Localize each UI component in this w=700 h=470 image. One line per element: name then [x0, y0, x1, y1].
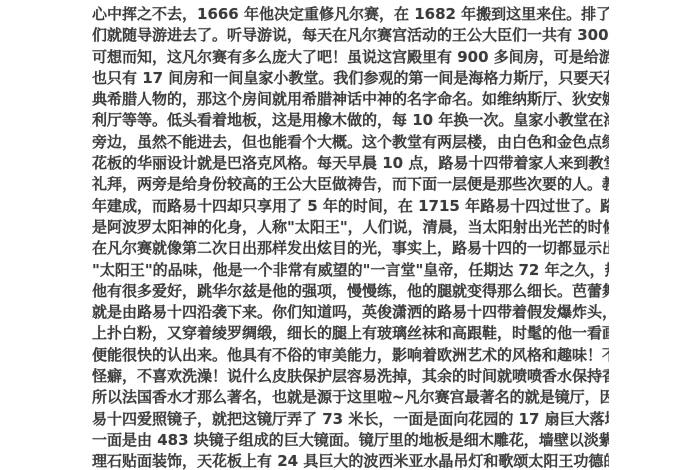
text-line: 便能很快的认出来。他具有不俗的审美能力，影响着欧洲艺术的风格和趣味！不过他有个 [92, 345, 609, 366]
text-line: 易十四爱照镜子，就把这镜厅弄了 73 米长，一面是面向花园的 17 扇巨大落地玻… [92, 409, 609, 430]
text-line: 利厅等等。低头看着地板，这是用橡木做的，每 10 年换一次。皇家小教堂在海格力斯… [92, 110, 609, 131]
text-line: "太阳王"的品味，他是一个非常有威望的"一言堂"皇帝，任期达 72 年之久，热爱… [92, 260, 609, 281]
text-line: 礼拜，两旁是给身份较高的王公大臣做祷告，而下面一层便是那些次要的人。教堂在 17… [92, 174, 609, 195]
text-line: 们就随导游进去了。听导游说，每天在凡尔赛宫活动的王公大臣们一共有 3000~10… [92, 25, 609, 46]
text-line: 典希腊人物的，那这个房间就用希腊神话中神的名字命名。如维纳斯厅、狄安娜厅、墨丘 [92, 89, 609, 110]
text-line: 可想而知，这凡尔赛有多么庞大了吧！虽说这宫殿里有 900 多间房，可是给游人们参… [92, 47, 609, 68]
text-line: 是阿波罗太阳神的化身，人称"太阳王"，人们说，清晨，当太阳射出光芒的时候，太阳王 [92, 217, 609, 238]
text-line: 心中挥之不去，1666 年他决定重修凡尔赛，在 1682 年搬到这里来住。排了一… [92, 4, 609, 25]
text-line: 怪癖，不喜欢洗澡！说什么皮肤保护层容易洗掉，其余的时间就喷喷香水保持香味儿就行， [92, 366, 609, 387]
text-line: 花板的华丽设计就是巴洛克风格。每天早晨 10 点，路易十四带着家人来到教堂的正前… [92, 153, 609, 174]
text-line: 在凡尔赛就像第二次日出那样发出炫目的光，事实上，路易十四的一切都显示出了无愧于 [92, 238, 609, 259]
text-line: 上扑白粉，又穿着绫罗绸缎，细长的腿上有玻璃丝袜和高跟鞋，时髦的他一看画像和雕塑 [92, 323, 609, 344]
document-page: 心中挥之不去，1666 年他决定重修凡尔赛，在 1682 年搬到这里来住。排了一… [0, 0, 700, 470]
text-line: 一面是由 483 块镜子组成的巨大镜面。镜厅里的地板是细木雕花，墙壁以淡紫色和白… [92, 430, 609, 451]
text-block: 心中挥之不去，1666 年他决定重修凡尔赛，在 1682 年搬到这里来住。排了一… [92, 4, 609, 470]
text-line: 理石贴面装饰，天花板上有 24 具巨大的波西米亚水晶吊灯和歌颂太阳王功德的油画。… [92, 451, 609, 470]
text-line: 他有很多爱好，跳华尔兹是他的强项，慢慢练，他的腿就变得那么细长。芭蕾舞的规那么 [92, 281, 609, 302]
text-line: 也只有 17 间房和一间皇家小教堂。我们参观的第一间是海格力斯厅，只要天花板上画… [92, 68, 609, 89]
text-line: 就是由路易十四沿袭下来。你们知道吗，英俊潇洒的路易十四带着假发爆炸头，喜欢往脸 [92, 302, 609, 323]
text-line: 旁边，虽然不能进去，但也能看个大概。这个教堂有两层楼，由白色和金色点缀而成，天 [92, 132, 609, 153]
text-line: 所以法国香水才那么著名，也就是源于这里啦~凡尔赛宫最著名的就是镜厅，因为臭美的路 [92, 387, 609, 408]
text-line: 年建成，而路易十四却只享用了 5 年的时间，在 1715 年路易十四过世了。路易… [92, 196, 609, 217]
